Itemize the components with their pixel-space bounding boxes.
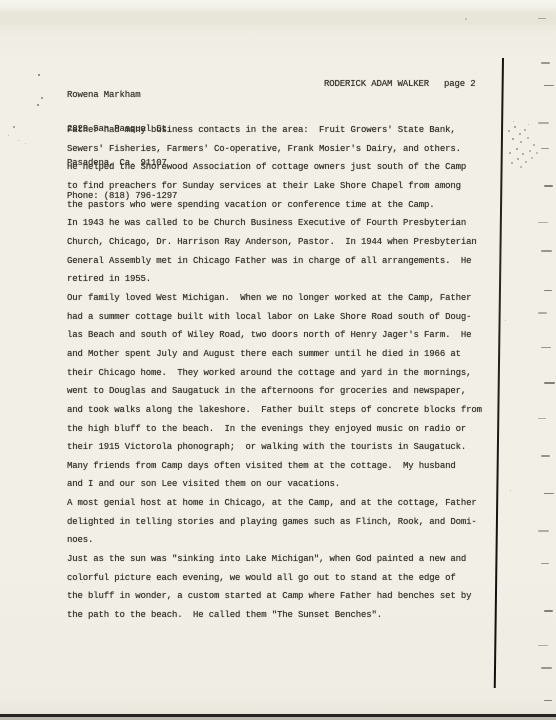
scan-speck — [25, 143, 26, 144]
text-line: their Chicago home. They worked around t… — [67, 364, 482, 383]
text-line: Just as the sun was "sinking into Lake M… — [67, 550, 482, 569]
scan-edge-dash — [538, 18, 546, 19]
scan-edge-dash — [541, 563, 549, 564]
scan-speck — [528, 124, 529, 125]
text-line: Our family loved West Michigan. When we … — [67, 289, 482, 308]
document-header: RODERICK ADAM WALKERpage 2 — [303, 68, 476, 102]
scan-speck — [520, 166, 522, 168]
text-line: delighted in telling stories and playing… — [67, 513, 482, 532]
scan-edge-dash — [538, 222, 548, 223]
scan-speck — [512, 138, 514, 140]
scan-speck — [522, 153, 524, 155]
scan-speck — [230, 578, 232, 580]
letter-body: Father had many business contacts in the… — [67, 121, 482, 625]
scan-page-edge-line — [494, 58, 504, 688]
scan-edge-dash — [541, 455, 550, 457]
scan-speck — [519, 133, 521, 135]
scan-edge-dash — [544, 290, 552, 291]
text-line: had a summer cottage built with local la… — [67, 308, 482, 327]
scan-edge-dash — [538, 418, 546, 419]
scan-speck — [8, 135, 9, 136]
scan-speck — [516, 148, 518, 150]
scan-edge-dash — [541, 250, 552, 252]
text-line: Father had many business contacts in the… — [67, 121, 482, 140]
page-number: page 2 — [444, 79, 476, 89]
scan-speck — [37, 104, 39, 106]
scanned-letter-page: Rowena Markham 2829 San Pasqual St. Pasa… — [0, 0, 556, 720]
text-line: In 1943 he was called to be Church Busin… — [67, 214, 482, 233]
scan-speck — [524, 129, 526, 131]
scan-speck — [531, 157, 533, 159]
scan-speck — [13, 126, 15, 128]
text-line: las Beach and south of Wiley Road, two d… — [67, 326, 482, 345]
scan-speck — [70, 580, 71, 581]
text-line: and I and our son Lee visited them on ou… — [67, 475, 482, 494]
scan-speck — [508, 130, 510, 132]
scan-edge-dash — [538, 645, 548, 646]
scan-speck — [465, 18, 467, 20]
scan-edge-dash — [541, 62, 550, 64]
scan-speck — [82, 582, 83, 583]
scan-speck — [510, 490, 511, 491]
scan-edge-dash — [544, 85, 554, 86]
scan-speck — [18, 140, 19, 141]
scan-speck — [536, 152, 538, 154]
scan-speck — [95, 579, 96, 580]
text-line: General Assembly met in Chicago Father w… — [67, 252, 482, 271]
text-line: and took walks along the lakeshore. Fath… — [67, 401, 482, 420]
text-line: the high bluff to the beach. In the even… — [67, 420, 482, 439]
scan-speck — [511, 162, 513, 164]
text-line: Church, Chicago, Dr. Harrison Ray Anders… — [67, 233, 482, 252]
text-line: Many friends from Camp days often visite… — [67, 457, 482, 476]
scan-edge-dash — [541, 148, 549, 149]
text-line: colorful picture each evening, we would … — [67, 569, 482, 588]
scan-speck — [509, 152, 511, 154]
text-line: their 1915 Victorola phonograph; or walk… — [67, 438, 482, 457]
scan-speck — [513, 121, 514, 122]
scan-speck — [527, 137, 529, 139]
text-line: Sewers' Fisheries, Farmers' Co-operative… — [67, 140, 482, 159]
text-line: noes. — [67, 531, 482, 550]
text-line: to find preachers for Sunday services at… — [67, 177, 482, 196]
scan-edge-dash — [544, 382, 555, 384]
scan-edge-dash — [544, 185, 553, 187]
scan-speck — [525, 161, 527, 163]
scan-edge-dash — [538, 312, 547, 314]
scan-speck — [517, 158, 519, 160]
text-line: the pastors who were spending vacation o… — [67, 196, 482, 215]
scan-edge-dash — [544, 700, 552, 701]
scan-speck — [38, 74, 40, 76]
scan-edge-dash — [541, 667, 552, 669]
scan-speck — [529, 150, 531, 152]
scan-speck — [150, 581, 151, 582]
sender-name: Rowena Markham — [67, 90, 177, 101]
scan-speck — [520, 141, 522, 143]
scan-speck — [41, 97, 43, 99]
text-line: the path to the beach. He called them "T… — [67, 606, 482, 625]
text-line: He helped the Shorewood Association of c… — [67, 158, 482, 177]
text-line: the bluff in wonder, a custom started at… — [67, 587, 482, 606]
text-line: A most genial host at home in Chicago, a… — [67, 494, 482, 513]
text-line: went to Douglas and Saugatuck in the aft… — [67, 382, 482, 401]
document-title: RODERICK ADAM WALKER — [324, 79, 429, 89]
scan-edge-dash — [544, 493, 554, 494]
scan-edge-dash — [538, 530, 549, 532]
text-line: retired in 1955. — [67, 270, 482, 289]
scan-speck — [514, 126, 516, 128]
scan-edge-dash — [541, 347, 551, 348]
text-line: and Mother spent July and August there e… — [67, 345, 482, 364]
scan-speck — [533, 144, 535, 146]
scan-speck — [505, 320, 506, 321]
scan-edge-dash — [538, 122, 549, 124]
scan-edge-dash — [544, 610, 553, 612]
